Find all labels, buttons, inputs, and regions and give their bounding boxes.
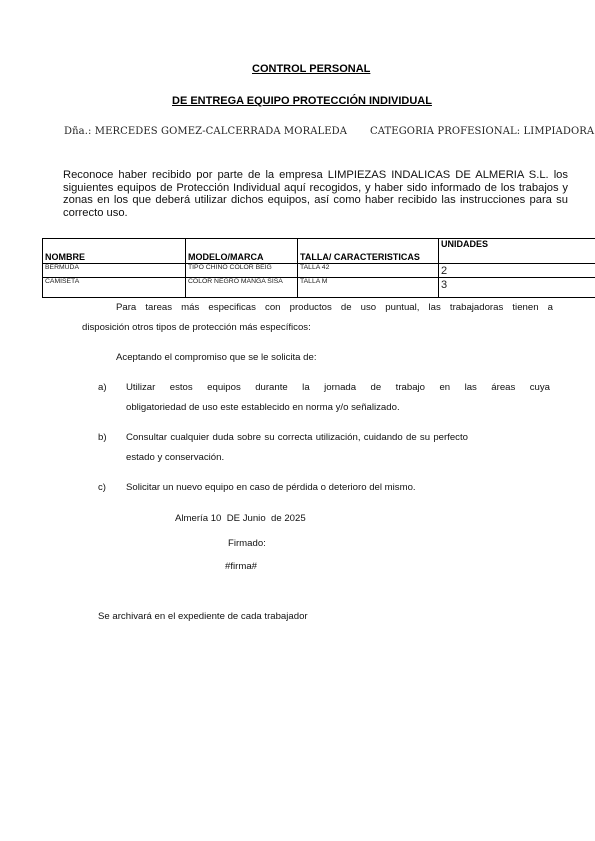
employee-label: Dña.: xyxy=(64,126,91,137)
category-value: LIMPIADORA xyxy=(524,126,595,137)
cell-nombre: BERMUDA xyxy=(43,264,186,278)
commitment-intro: Aceptando el compromiso que se le solici… xyxy=(116,352,317,363)
document-subtitle: DE ENTREGA EQUIPO PROTECCIÓN INDIVIDUAL xyxy=(172,95,432,107)
place-date: Almería 10 DE Junio de 2025 xyxy=(175,513,306,524)
header-modelo: MODELO/MARCA xyxy=(186,239,298,264)
cell-talla: TALLA 42 xyxy=(298,264,439,278)
specific-paragraph-line2: disposición otros tipos de protección má… xyxy=(82,322,311,333)
document-title: CONTROL PERSONAL xyxy=(252,63,370,75)
commitment-c-line1: Solicitar un nuevo equipo en caso de pér… xyxy=(126,482,416,493)
cell-modelo: COLOR NEGRO MANGA SISA xyxy=(186,278,298,298)
header-unidades: UNIDADES xyxy=(439,239,595,264)
commitment-b-line2: estado y conservación. xyxy=(126,452,224,463)
cell-nombre: CAMISETA xyxy=(43,278,186,298)
table-row: CAMISETA COLOR NEGRO MANGA SISA TALLA M … xyxy=(43,278,595,298)
archive-note: Se archivará en el expediente de cada tr… xyxy=(98,611,308,622)
commitment-a-marker: a) xyxy=(98,382,107,393)
category-label: CATEGORIA PROFESIONAL: xyxy=(370,126,520,137)
commitment-c-marker: c) xyxy=(98,482,106,493)
cell-unidades: 2 xyxy=(439,264,595,278)
equipment-table: NOMBRE MODELO/MARCA TALLA/ CARACTERISTIC… xyxy=(42,238,595,298)
header-nombre: NOMBRE xyxy=(43,239,186,264)
employee-line: Dña.: MERCEDES GOMEZ-CALCERRADA MORALEDA xyxy=(64,126,347,137)
intro-paragraph: Reconoce haber recibido por parte de la … xyxy=(63,169,568,219)
commitment-b-line1: Consultar cualquier duda sobre su correc… xyxy=(126,432,468,443)
employee-name: MERCEDES GOMEZ-CALCERRADA MORALEDA xyxy=(95,126,347,137)
header-talla: TALLA/ CARACTERISTICAS xyxy=(298,239,439,264)
commitment-b-marker: b) xyxy=(98,432,107,443)
table-header-row: NOMBRE MODELO/MARCA TALLA/ CARACTERISTIC… xyxy=(43,239,595,264)
signature-placeholder: #firma# xyxy=(225,561,257,572)
commitment-a-line1: Utilizar estos equipos durante la jornad… xyxy=(126,382,550,393)
cell-unidades: 3 xyxy=(439,278,595,298)
category-line: CATEGORIA PROFESIONAL: LIMPIADORA xyxy=(370,126,594,137)
signed-label: Firmado: xyxy=(228,538,266,549)
specific-paragraph-line1: Para tareas más especificas con producto… xyxy=(116,302,553,313)
commitment-a-line2: obligatoriedad de uso este establecido e… xyxy=(126,402,400,413)
cell-modelo: TIPO CHINO COLOR BEIG xyxy=(186,264,298,278)
table-row: BERMUDA TIPO CHINO COLOR BEIG TALLA 42 2 xyxy=(43,264,595,278)
cell-talla: TALLA M xyxy=(298,278,439,298)
